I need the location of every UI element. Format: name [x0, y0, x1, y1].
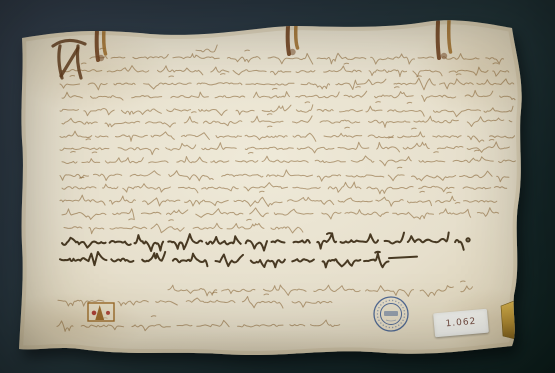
gold-wax-fragment [501, 301, 519, 339]
notarial-sign [88, 303, 114, 321]
photo-of-parchment-charter: 1.062 [0, 0, 555, 373]
archive-label-number: 1.062 [445, 317, 477, 330]
archive-label: 1.062 [433, 309, 489, 338]
